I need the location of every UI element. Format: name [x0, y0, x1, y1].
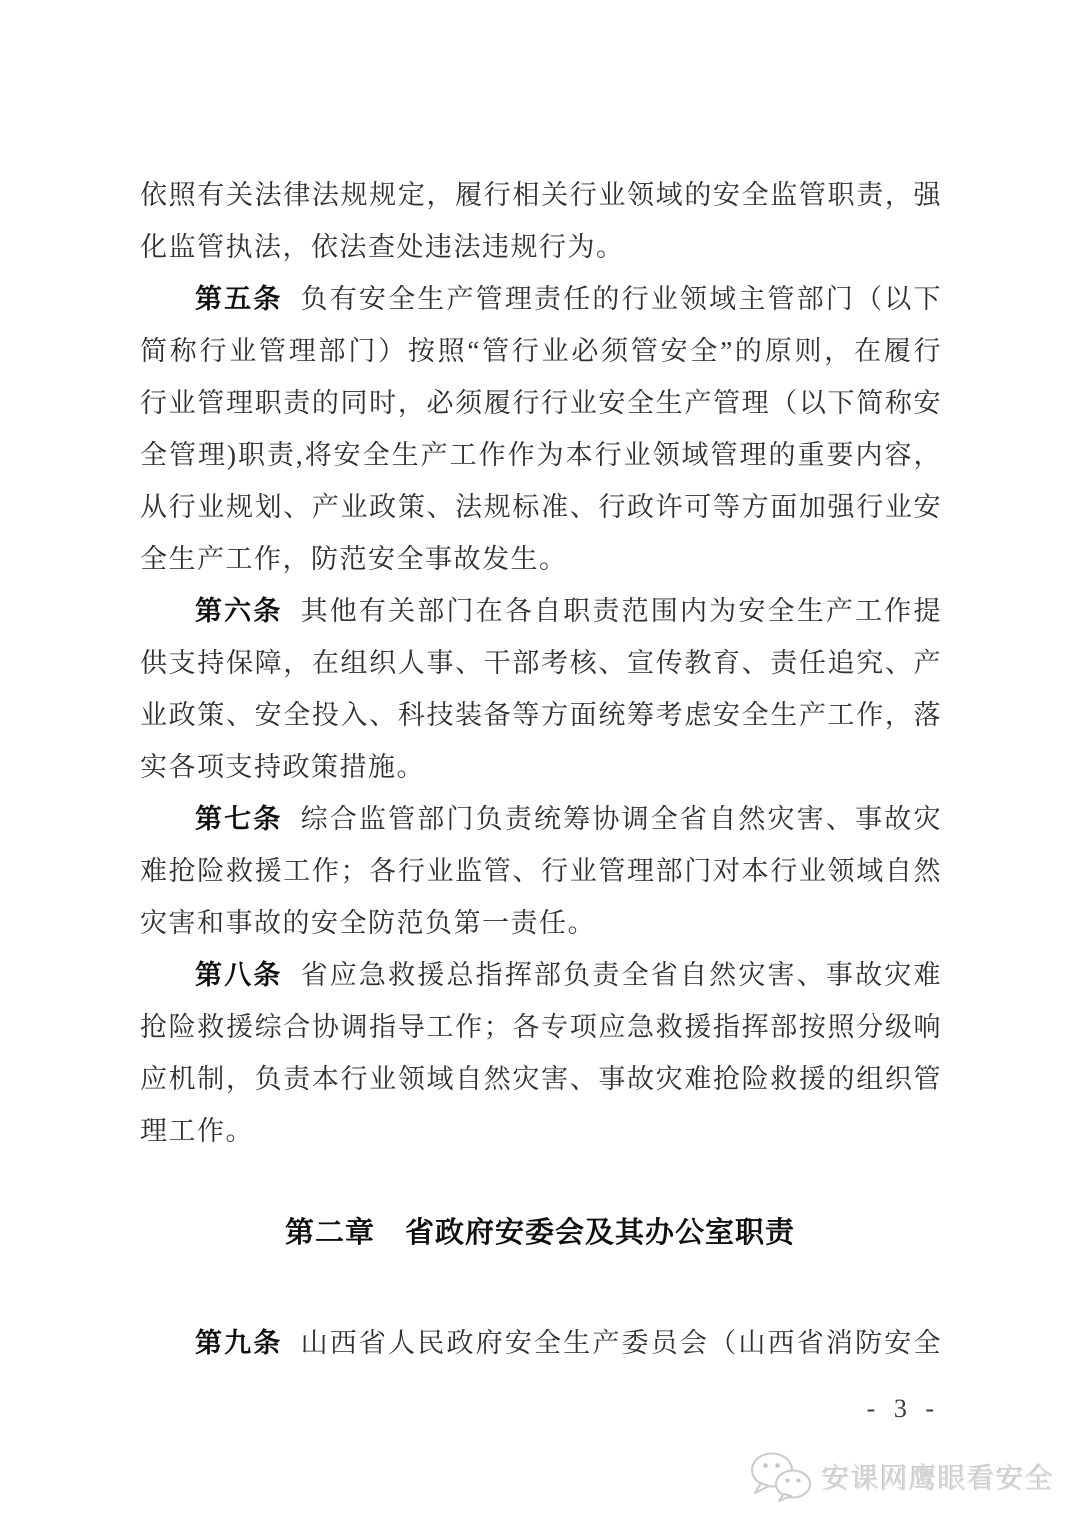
line-text: 省应急救援总指挥部负责全省自然灾害、事故灾难: [301, 960, 942, 990]
chapter-heading: 第二章 省政府安委会及其办公室职责: [0, 1205, 1080, 1261]
article-9-line: 第九条山西省人民政府安全生产委员会（山西省消防安全: [140, 1317, 942, 1369]
text-line: 业政策、安全投入、科技装备等方面统筹考虑安全生产工作，落: [140, 689, 942, 741]
text-line: 应机制，负责本行业领域自然灾害、事故灾难抢险救援的组织管: [140, 1053, 942, 1105]
text-line: 从行业规划、产业政策、法规标准、行政许可等方面加强行业安: [140, 481, 942, 533]
line-text: 依照有关法律法规规定，履行相关行业领域的安全监管职责，强: [140, 180, 942, 210]
text-line: 第七条综合监管部门负责统筹协调全省自然灾害、事故灾: [140, 793, 942, 845]
text-line: 化监管执法，依法查处违法违规行为。: [140, 221, 942, 273]
article-label: 第七条: [195, 804, 283, 834]
line-text: 全生产工作，防范安全事故发生。: [140, 544, 568, 574]
line-text: 难抢险救援工作；各行业监管、行业管理部门对本行业领域自然: [140, 856, 942, 886]
text-line: 依照有关法律法规规定，履行相关行业领域的安全监管职责，强: [140, 169, 942, 221]
article-label: 第五条: [195, 284, 283, 314]
line-text: 从行业规划、产业政策、法规标准、行政许可等方面加强行业安: [140, 492, 942, 522]
document-page: 依照有关法律法规规定，履行相关行业领域的安全监管职责，强 化监管执法，依法查处违…: [0, 0, 1080, 1527]
text-line: 灾害和事故的安全防范负第一责任。: [140, 897, 942, 949]
text-line: 抢险救援综合协调指导工作；各专项应急救援指挥部按照分级响: [140, 1001, 942, 1053]
watermark: 安课网鹰眼看安全: [748, 1450, 1054, 1504]
line-text: 化监管执法，依法查处违法违规行为。: [140, 232, 625, 262]
line-text: 简称行业管理部门）按照“管行业必须管安全”的原则，在履行: [140, 336, 942, 366]
line-text: 负有安全生产管理责任的行业领域主管部门（以下: [301, 284, 942, 314]
line-text: 综合监管部门负责统筹协调全省自然灾害、事故灾: [301, 804, 942, 834]
line-text: 理工作。: [140, 1116, 254, 1146]
watermark-text: 安课网鹰眼看安全: [822, 1457, 1054, 1497]
line-text: 业政策、安全投入、科技装备等方面统筹考虑安全生产工作，落: [140, 700, 942, 730]
text-line: 简称行业管理部门）按照“管行业必须管安全”的原则，在履行: [140, 325, 942, 377]
line-text: 应机制，负责本行业领域自然灾害、事故灾难抢险救援的组织管: [140, 1064, 942, 1094]
text-line: 行业管理职责的同时，必须履行行业安全生产管理（以下简称安: [140, 377, 942, 429]
wechat-chat-bubbles-icon: [748, 1451, 814, 1503]
line-text: 山西省人民政府安全生产委员会（山西省消防安全: [301, 1328, 942, 1358]
text-line: 理工作。: [140, 1105, 942, 1157]
line-text: 其他有关部门在各自职责范围内为安全生产工作提: [301, 596, 942, 626]
line-text: 抢险救援综合协调指导工作；各专项应急救援指挥部按照分级响: [140, 1012, 942, 1042]
text-line: 全管理)职责,将安全生产工作作为本行业领域管理的重要内容，: [140, 429, 942, 481]
line-text: 灾害和事故的安全防范负第一责任。: [140, 908, 596, 938]
page-number: - 3 -: [867, 1394, 940, 1424]
text-line: 第六条其他有关部门在各自职责范围内为安全生产工作提: [140, 585, 942, 637]
text-line: 供支持保障，在组织人事、干部考核、宣传教育、责任追究、产: [140, 637, 942, 689]
line-text: 行业管理职责的同时，必须履行行业安全生产管理（以下简称安: [140, 388, 942, 418]
text-line: 全生产工作，防范安全事故发生。: [140, 533, 942, 585]
text-line: 实各项支持政策措施。: [140, 741, 942, 793]
article-label: 第八条: [195, 960, 283, 990]
text-line: 第八条省应急救援总指挥部负责全省自然灾害、事故灾难: [140, 949, 942, 1001]
text-line: 难抢险救援工作；各行业监管、行业管理部门对本行业领域自然: [140, 845, 942, 897]
line-text: 全管理)职责,将安全生产工作作为本行业领域管理的重要内容，: [140, 440, 942, 470]
document-body: 依照有关法律法规规定，履行相关行业领域的安全监管职责，强 化监管执法，依法查处违…: [140, 169, 942, 1157]
article-label: 第九条: [195, 1328, 283, 1358]
text-line: 第五条负有安全生产管理责任的行业领域主管部门（以下: [140, 273, 942, 325]
line-text: 实各项支持政策措施。: [140, 752, 425, 782]
article-label: 第六条: [195, 596, 283, 626]
line-text: 供支持保障，在组织人事、干部考核、宣传教育、责任追究、产: [140, 648, 942, 678]
